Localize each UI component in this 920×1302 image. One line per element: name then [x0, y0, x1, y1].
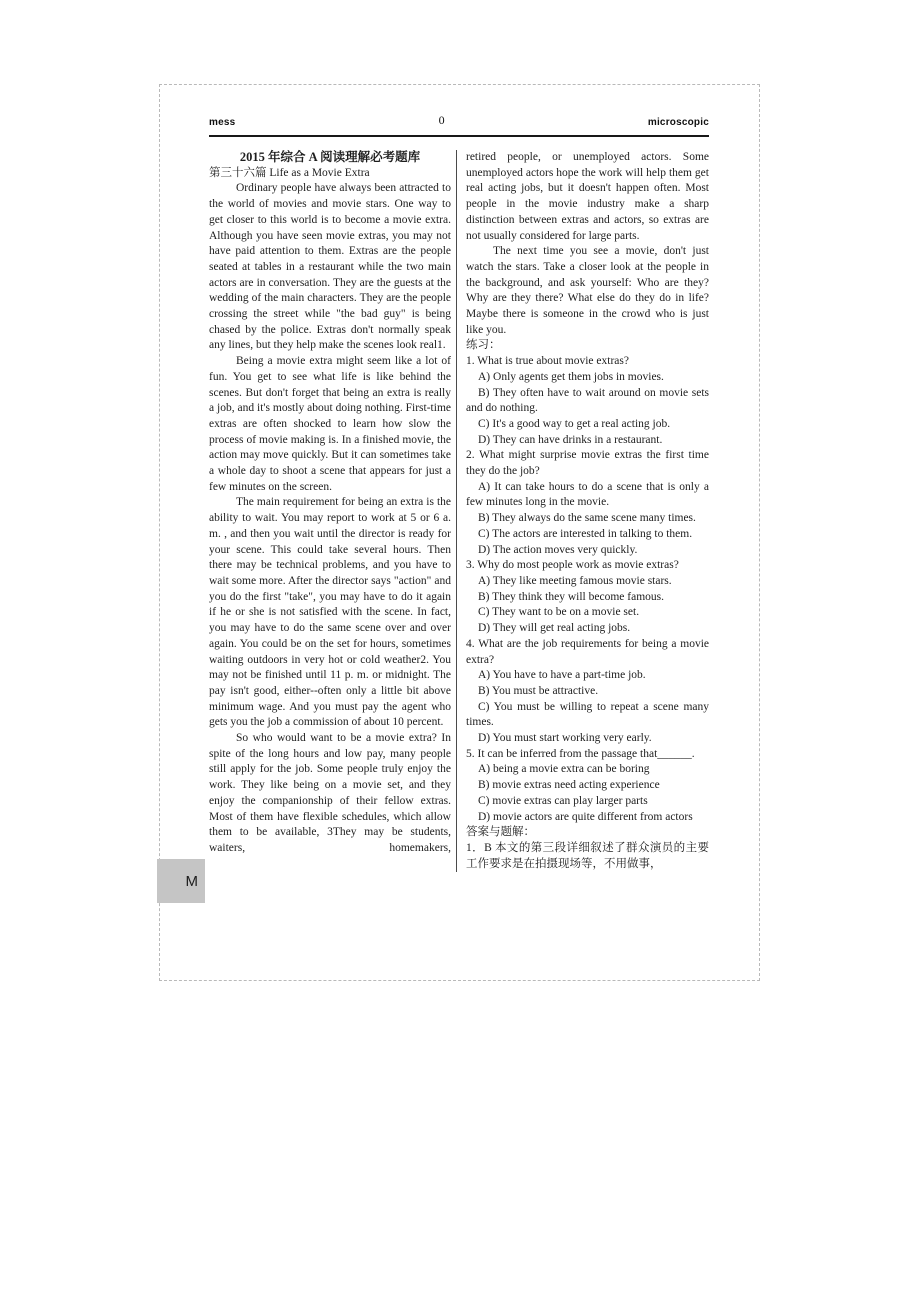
- two-column-body: 2015 年综合 A 阅读理解必考题库 第三十六篇 Life as a Movi…: [209, 150, 709, 872]
- option-c: C) The actors are interested in talking …: [466, 527, 709, 543]
- paragraph-4-continuation: retired people, or unemployed actors. So…: [466, 150, 709, 244]
- question-text: 4. What are the job requirements for bei…: [466, 637, 709, 668]
- option-b: B) movie extras need acting experience: [466, 778, 709, 794]
- margin-marker-letter: M: [186, 873, 199, 890]
- header-page-number: 0: [439, 113, 445, 128]
- page-header: mess 0 microscopic: [209, 113, 709, 137]
- option-c: C) You must be willing to repeat a scene…: [466, 700, 709, 731]
- margin-marker-m: M: [157, 859, 205, 903]
- question-block-5: 5. It can be inferred from the passage t…: [466, 747, 709, 826]
- option-b: B) They always do the same scene many ti…: [466, 511, 709, 527]
- answer-explanation: 1．B 本文的第三段详细叙述了群众演员的主要工作要求是在拍摄现场等，不用做事，: [466, 841, 709, 872]
- article-subtitle: 第三十六篇 Life as a Movie Extra: [209, 166, 451, 182]
- question-block-1: 1. What is true about movie extras? A) O…: [466, 354, 709, 448]
- document-page: mess 0 microscopic 2015 年综合 A 阅读理解必考题库 第…: [159, 84, 760, 981]
- question-text: 5. It can be inferred from the passage t…: [466, 747, 709, 763]
- question-block-3: 3. Why do most people work as movie extr…: [466, 558, 709, 637]
- paragraph-3: The main requirement for being an extra …: [209, 495, 451, 731]
- article-title: 2015 年综合 A 阅读理解必考题库: [209, 150, 451, 166]
- option-d: D) You must start working very early.: [466, 731, 709, 747]
- option-a: A) They like meeting famous movie stars.: [466, 574, 709, 590]
- option-a: A) Only agents get them jobs in movies.: [466, 370, 709, 386]
- option-b: B) You must be attractive.: [466, 684, 709, 700]
- option-b: B) They think they will become famous.: [466, 590, 709, 606]
- paragraph-1: Ordinary people have always been attract…: [209, 181, 451, 354]
- option-d: D) The action moves very quickly.: [466, 543, 709, 559]
- exercises-label: 练习：: [466, 338, 709, 354]
- option-c: C) They want to be on a movie set.: [466, 605, 709, 621]
- header-left-label: mess: [209, 117, 235, 128]
- option-d: D) They can have drinks in a restaurant.: [466, 433, 709, 449]
- question-block-2: 2. What might surprise movie extras the …: [466, 448, 709, 558]
- left-column: 2015 年综合 A 阅读理解必考题库 第三十六篇 Life as a Movi…: [209, 150, 456, 872]
- right-column: retired people, or unemployed actors. So…: [456, 150, 709, 872]
- header-right-label: microscopic: [648, 117, 709, 128]
- option-a: A) You have to have a part-time job.: [466, 668, 709, 684]
- question-text: 3. Why do most people work as movie extr…: [466, 558, 709, 574]
- option-b: B) They often have to wait around on mov…: [466, 386, 709, 417]
- option-a: A) It can take hours to do a scene that …: [466, 480, 709, 511]
- question-text: 1. What is true about movie extras?: [466, 354, 709, 370]
- paragraph-4: So who would want to be a movie extra? I…: [209, 731, 451, 857]
- page-content: mess 0 microscopic 2015 年综合 A 阅读理解必考题库 第…: [209, 113, 709, 872]
- paragraph-5: The next time you see a movie, don't jus…: [466, 244, 709, 338]
- paragraph-2: Being a movie extra might seem like a lo…: [209, 354, 451, 495]
- option-a: A) being a movie extra can be boring: [466, 762, 709, 778]
- question-text: 2. What might surprise movie extras the …: [466, 448, 709, 479]
- option-d: D) movie actors are quite different from…: [466, 810, 709, 826]
- option-c: C) movie extras can play larger parts: [466, 794, 709, 810]
- option-d: D) They will get real acting jobs.: [466, 621, 709, 637]
- question-block-4: 4. What are the job requirements for bei…: [466, 637, 709, 747]
- answers-label: 答案与题解：: [466, 825, 709, 841]
- option-c: C) It's a good way to get a real acting …: [466, 417, 709, 433]
